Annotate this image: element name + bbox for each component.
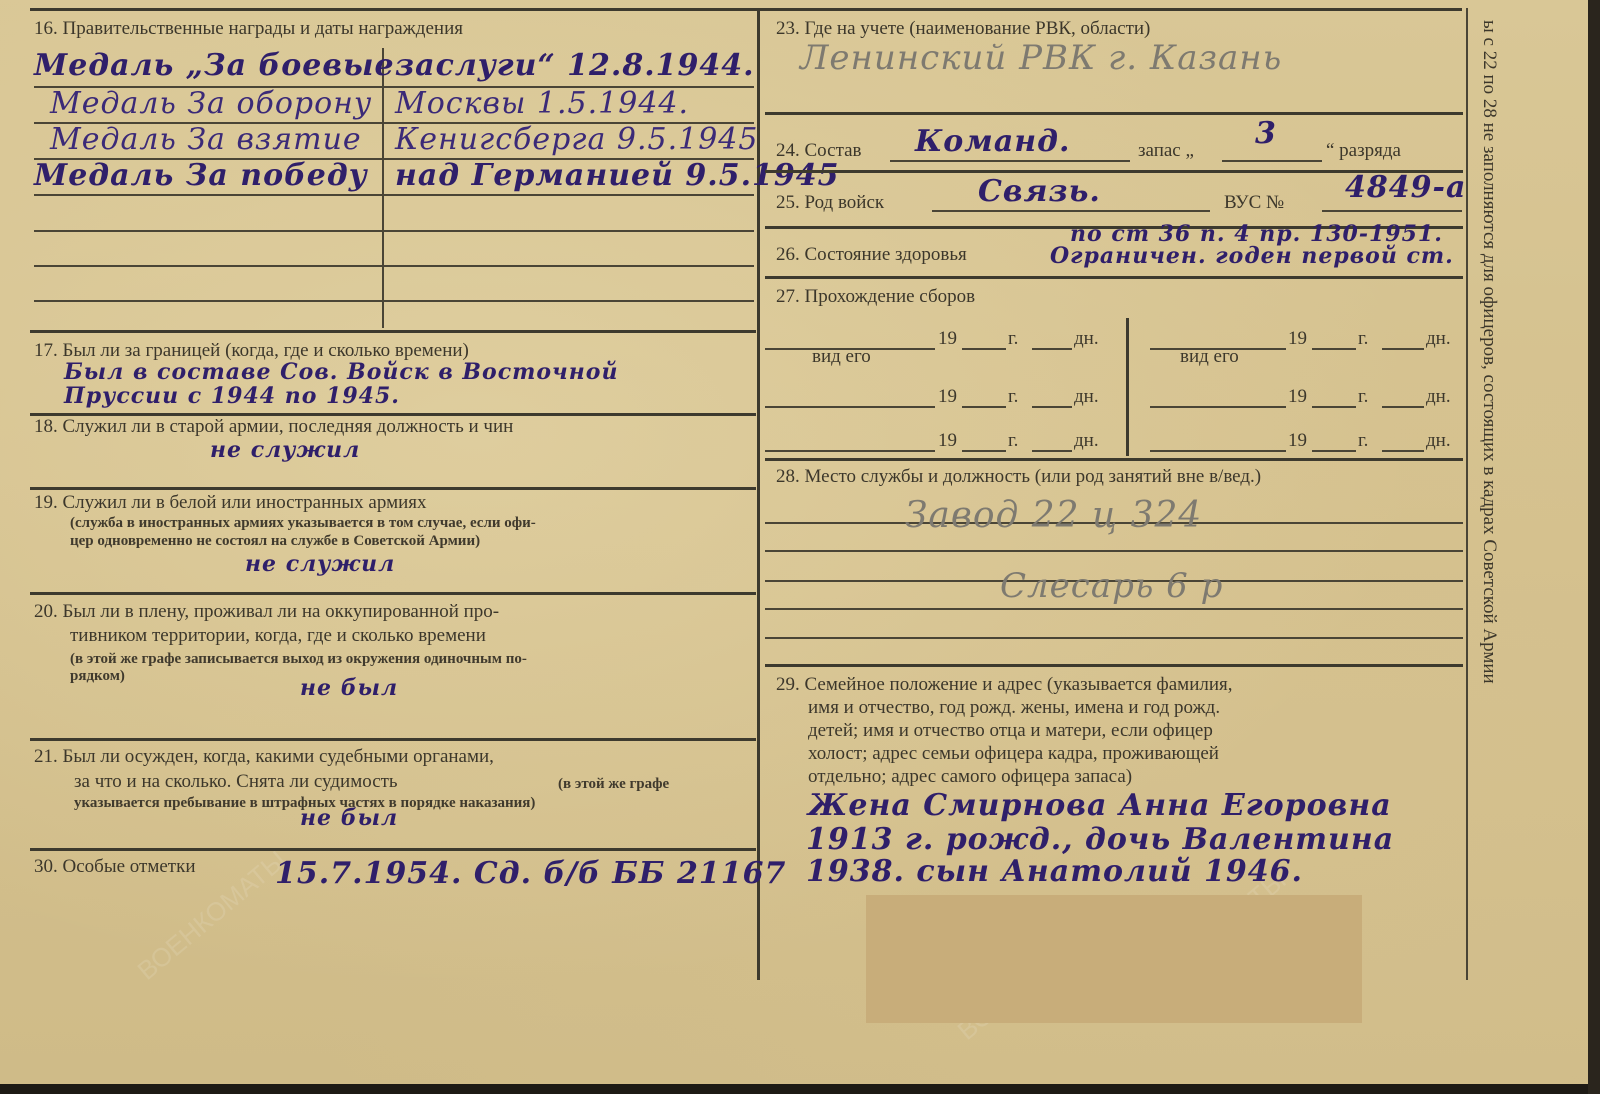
year-suffix: г.	[1008, 430, 1018, 452]
section-17-value-2: Пруссии с 1944 по 1945.	[64, 384, 400, 408]
section-21-value: не был	[300, 806, 398, 830]
fill-line	[1312, 348, 1356, 350]
section-rule	[30, 738, 756, 741]
section-18-value: не служил	[210, 438, 360, 462]
year-prefix: 19	[938, 328, 957, 350]
days-suffix: дн.	[1426, 328, 1451, 350]
year-prefix: 19	[938, 430, 957, 452]
year-suffix: г.	[1358, 386, 1368, 408]
fill-line	[962, 450, 1006, 452]
days-suffix: дн.	[1074, 430, 1099, 452]
right-margin-line	[1466, 8, 1468, 980]
section-29-label-1: 29. Семейное положение и адрес (указывае…	[776, 674, 1233, 696]
section-rule	[30, 592, 756, 595]
document-page: ВОЕНКОМАТЫ ВОЕНКОМАТЫ ВОЕНКОМАТЫ 16. Пра…	[0, 0, 1588, 1084]
days-suffix: дн.	[1074, 386, 1099, 408]
award-2-left: Медаль За оборону	[50, 88, 372, 120]
section-29-value-3: 1938. сын Анатолий 1946.	[806, 856, 1303, 888]
year-prefix: 19	[938, 386, 957, 408]
fill-line	[1032, 406, 1072, 408]
rule	[765, 637, 1463, 639]
fill-line	[1222, 160, 1322, 162]
top-rule	[30, 8, 1462, 11]
fill-line	[765, 406, 935, 408]
fill-line	[1312, 450, 1356, 452]
award-4-right: над Германией 9.5.1945	[395, 160, 840, 192]
section-rule	[765, 276, 1463, 279]
fill-line	[932, 210, 1210, 212]
fill-line	[890, 160, 1130, 162]
section-19-label: 19. Служил ли в белой или иностранных ар…	[34, 492, 427, 514]
section-25-label: 25. Род войск	[776, 192, 884, 214]
award-2-right: Москвы 1.5.1944.	[395, 88, 689, 120]
section-25-vus-label: ВУС №	[1224, 192, 1284, 214]
section-29-label-4: холост; адрес семьи офицера кадра, прожи…	[808, 743, 1219, 765]
award-4-left: Медаль За победу	[34, 160, 368, 192]
fill-line	[765, 450, 935, 452]
section-23-value: Ленинский РВК г. Казань	[800, 42, 1282, 74]
fill-line	[1032, 450, 1072, 452]
days-suffix: дн.	[1426, 386, 1451, 408]
section-21-label-1: 21. Был ли осужден, когда, какими судебн…	[34, 746, 494, 768]
section-16-divider	[382, 48, 384, 328]
fill-line	[1382, 348, 1424, 350]
section-26-label: 26. Состояние здоровья	[776, 244, 967, 266]
fill-line	[1150, 406, 1286, 408]
section-20-value: не был	[300, 676, 398, 700]
rule	[34, 230, 754, 232]
section-28-value-2: Слесарь 6 р	[1000, 570, 1223, 602]
section-19-note-2: цер одновременно не состоял на службе в …	[70, 532, 480, 550]
fill-line	[1032, 348, 1072, 350]
section-21-label-2: за что и на сколько. Снята ли судимость	[74, 771, 398, 793]
year-suffix: г.	[1008, 328, 1018, 350]
year-suffix: г.	[1008, 386, 1018, 408]
rule	[34, 265, 754, 267]
section-27-label: 27. Прохождение сборов	[776, 286, 975, 308]
section-24-rank-label: “ разряда	[1326, 140, 1401, 162]
fill-line	[1382, 450, 1424, 452]
year-prefix: 19	[1288, 386, 1307, 408]
section-20-label-2: тивником территории, когда, где и скольк…	[70, 625, 486, 647]
section-25-vus-value: 4849-а	[1345, 172, 1466, 204]
section-23-label: 23. Где на учете (наименование РВК, обла…	[776, 18, 1150, 40]
rule	[34, 194, 754, 196]
section-28-label: 28. Место службы и должность (или род за…	[776, 466, 1261, 488]
section-24-label: 24. Состав	[776, 140, 862, 162]
section-25-value: Связь.	[978, 176, 1101, 208]
section-29-label-3: детей; имя и отчество отца и матери, есл…	[808, 720, 1213, 742]
section-30-value: 15.7.1954. Сд. б/б ББ 21167	[275, 858, 786, 890]
section-29-label-5: отдельно; адрес самого офицера запаса)	[808, 766, 1132, 788]
scan-edge-bottom	[0, 1084, 1600, 1094]
section-rule	[765, 458, 1463, 461]
section-16-label: 16. Правительственные награды и даты наг…	[34, 18, 463, 40]
section-19-note-1: (служба в иностранных армиях указывается…	[70, 514, 536, 532]
section-21-note-inline: (в этой же графе	[558, 775, 669, 793]
section-rule	[30, 848, 756, 851]
section-18-label: 18. Служил ли в старой армии, последняя …	[34, 416, 513, 438]
section-29-value-2: 1913 г. рожд., дочь Валентина	[806, 824, 1394, 856]
rule	[34, 300, 754, 302]
section-20-note-2: рядком)	[70, 667, 125, 685]
section-rule	[30, 487, 756, 490]
fill-line	[1382, 406, 1424, 408]
rule	[765, 608, 1463, 610]
award-1-left: Медаль „За боевые	[34, 50, 395, 82]
section-29-label-2: имя и отчество, год рожд. жены, имена и …	[808, 697, 1220, 719]
year-prefix: 19	[1288, 430, 1307, 452]
section-24-reserve-value: 3	[1255, 118, 1277, 150]
section-17-value-1: Был в составе Сов. Войск в Восточной	[64, 360, 618, 384]
scan-edge-right	[1588, 0, 1600, 1094]
kind-label: вид его	[1180, 346, 1239, 368]
award-3-left: Медаль За взятие	[50, 124, 362, 156]
kind-label: вид его	[812, 346, 871, 368]
section-rule	[30, 330, 756, 333]
section-20-label-1: 20. Был ли в плену, проживал ли на оккуп…	[34, 601, 499, 623]
section-26-value-2: Ограничен. годен первой ст.	[1050, 244, 1454, 268]
section-rule	[765, 112, 1463, 115]
section-28-value-1: Завод 22 ц 324	[905, 500, 1202, 532]
redacted-area	[866, 895, 1362, 1023]
fill-line	[1322, 210, 1462, 212]
award-1-right: заслуги“ 12.8.1944.	[395, 50, 755, 82]
fill-line	[1150, 450, 1286, 452]
award-3-right: Кенигсберга 9.5.1945	[395, 124, 758, 156]
section-29-value-1: Жена Смирнова Анна Егоровна	[808, 790, 1392, 822]
rule	[765, 550, 1463, 552]
section-30-label: 30. Особые отметки	[34, 856, 195, 878]
days-suffix: дн.	[1426, 430, 1451, 452]
year-suffix: г.	[1358, 328, 1368, 350]
section-24-reserve-label: запас „	[1138, 140, 1194, 162]
section-rule	[765, 664, 1463, 667]
section-24-value: Команд.	[915, 126, 1070, 158]
section-20-note-1: (в этой же графе записывается выход из о…	[70, 650, 527, 668]
fill-line	[1312, 406, 1356, 408]
section-27-divider	[1126, 318, 1129, 456]
days-suffix: дн.	[1074, 328, 1099, 350]
year-suffix: г.	[1358, 430, 1368, 452]
year-prefix: 19	[1288, 328, 1307, 350]
section-19-value: не служил	[245, 552, 395, 576]
fill-line	[962, 406, 1006, 408]
vertical-note: ы с 22 по 28 не заполняются для офицеров…	[1478, 20, 1500, 684]
fill-line	[962, 348, 1006, 350]
